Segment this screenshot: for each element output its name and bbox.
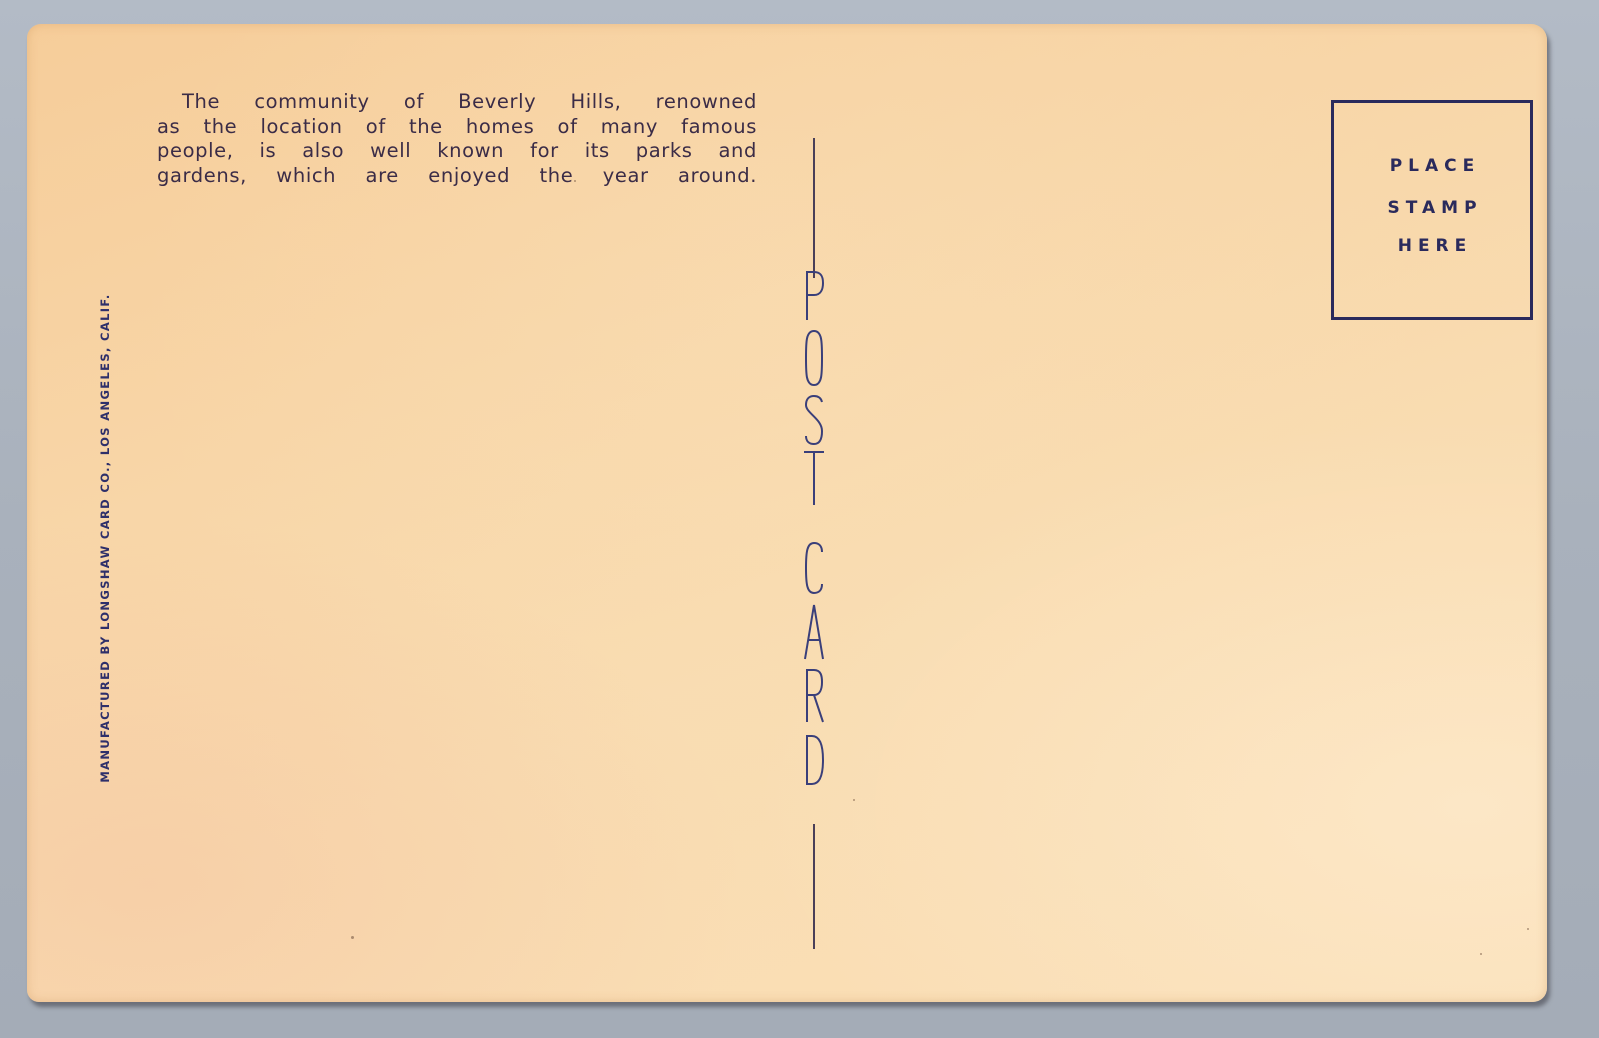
letter-r (802, 667, 826, 723)
paper-speck (351, 936, 354, 939)
postcard-description: The community of Beverly Hills, renowned… (157, 90, 757, 188)
letter-d (802, 733, 826, 787)
paper-speck (853, 799, 855, 801)
center-divider-bottom-line (813, 824, 815, 949)
description-line: as the location of the homes of many fam… (157, 115, 757, 140)
stamp-box-line: STAMP (1334, 198, 1530, 218)
letter-p (802, 268, 826, 322)
letter-c (802, 540, 826, 596)
center-divider-top-line (813, 138, 815, 278)
description-line: gardens, which are enjoyed the year arou… (157, 164, 757, 189)
postcard-back: The community of Beverly Hills, renowned… (27, 24, 1547, 1002)
letter-o (802, 328, 826, 388)
stamp-box-line: PLACE (1334, 156, 1530, 176)
letter-s (802, 393, 826, 447)
letter-t (802, 448, 826, 506)
stamp-placement-box: PLACE STAMP HERE (1331, 100, 1533, 320)
stamp-box-line: HERE (1334, 236, 1530, 256)
description-line: The community of Beverly Hills, renowned (157, 90, 757, 115)
paper-speck (1480, 953, 1482, 955)
letter-a (802, 602, 826, 660)
manufacturer-credit: MANUFACTURED BY LONGSHAW CARD CO., LOS A… (98, 188, 112, 888)
paper-speck (574, 180, 576, 182)
description-line: people, is also well known for its parks… (157, 139, 757, 164)
paper-speck (1527, 928, 1529, 930)
